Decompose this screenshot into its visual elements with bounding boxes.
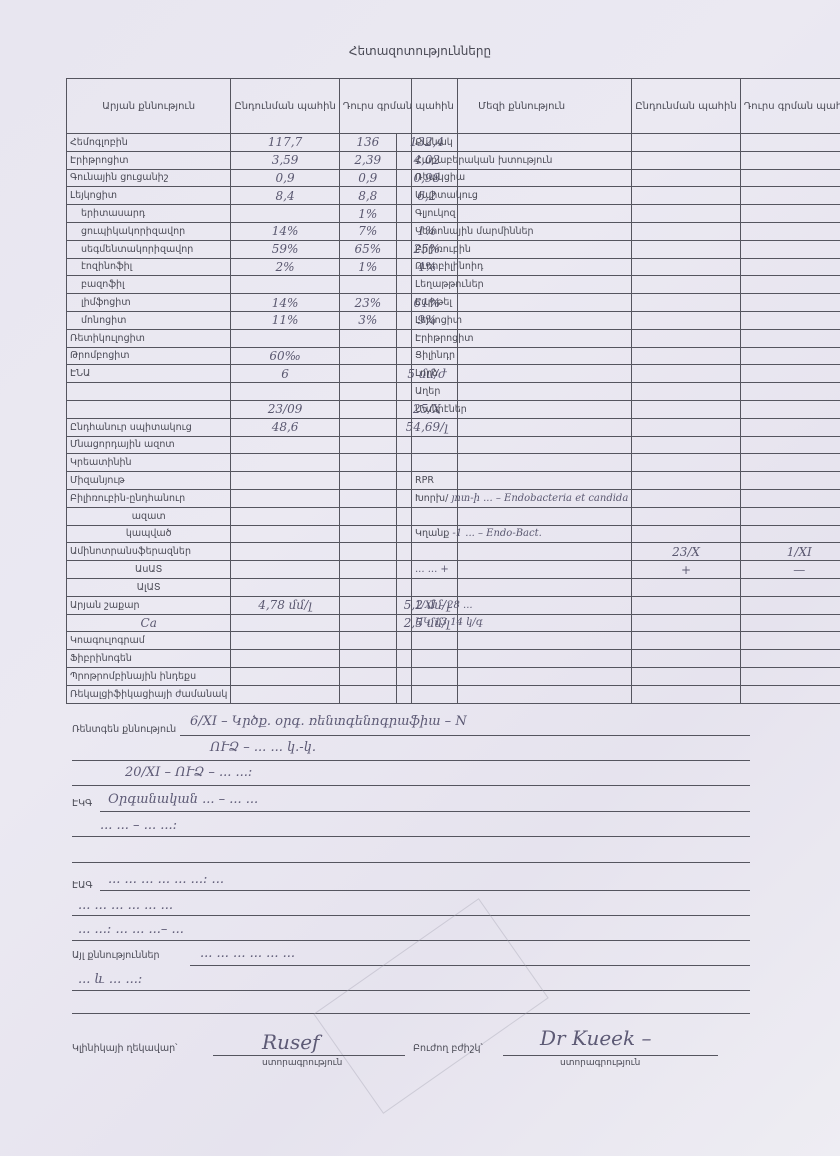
table-row: ԱսԱՏ <box>67 561 458 579</box>
table-row: Լորձ <box>412 365 840 383</box>
test-name: սեգմենտակորիզավոր <box>67 240 231 258</box>
discharge-value-1 <box>339 418 396 436</box>
discharge-value-1 <box>339 525 396 543</box>
attending-doctor-signature: Dr Kueek – <box>540 1026 651 1050</box>
discharge-value <box>740 365 840 383</box>
test-name: Մանրէներ <box>412 400 632 418</box>
test-label: RPR <box>415 475 434 486</box>
test-label: Ցիլինդր <box>415 350 455 361</box>
discharge-value <box>740 400 840 418</box>
table-row: կապված <box>67 525 458 543</box>
test-name: էոզինոֆիլ <box>67 258 231 276</box>
discharge-value-1: 136 <box>339 134 396 152</box>
test-name: Կետոնային մարմիններ <box>412 222 632 240</box>
table-row: Էրիթրոցիտ3,592,394,02 <box>67 151 458 169</box>
test-label: Բիլիռուբին <box>415 244 471 255</box>
discharge-value-1 <box>339 400 396 418</box>
table-row: Աղեր <box>412 383 840 401</box>
eeg-line: ... ... ... ... ... ...: ... <box>108 872 224 887</box>
test-name: Ընդհանուր սպիտակուց <box>67 418 231 436</box>
discharge-value <box>740 418 840 436</box>
admission-value <box>632 276 740 294</box>
table-row: Հարաբերական խտություն <box>412 151 840 169</box>
table-row: ազատ <box>67 507 458 525</box>
discharge-value-1 <box>339 436 396 454</box>
test-name <box>412 685 632 703</box>
admission-value: 3,59 <box>231 151 339 169</box>
eeg-label: ԷԱԳ <box>72 880 93 891</box>
admission-value <box>632 258 740 276</box>
admission-value: 2% <box>231 258 339 276</box>
other-tests-label: Այլ քննություններ <box>72 950 160 961</box>
test-label: Աղեր <box>415 386 440 397</box>
admission-value: + <box>632 561 740 579</box>
test-label: Էպիթել <box>415 297 452 308</box>
discharge-value <box>740 383 840 401</box>
admission-value: 23/X <box>632 543 740 561</box>
xray-line: ՈՒՁ – ... ... կ.-կ. <box>210 740 316 755</box>
table-row: սեգմենտակորիզավոր59%65%25% <box>67 240 458 258</box>
test-name: Խորխ/ յոտ-ի ... – Endobacteria et candid… <box>412 489 632 507</box>
table-row: Միզանյութ <box>67 472 458 490</box>
test-name <box>412 667 632 685</box>
table-row: Էպիթել <box>412 294 840 312</box>
discharge-value-1 <box>339 561 396 579</box>
test-name: Բիլիռուբին <box>412 240 632 258</box>
discharge-value-1 <box>339 614 396 632</box>
discharge-value <box>740 169 840 187</box>
admission-value <box>632 400 740 418</box>
discharge-value-1 <box>339 489 396 507</box>
discharge-value <box>740 240 840 258</box>
handwritten-note: 1/XI – 28 ... <box>415 600 473 611</box>
table-row: ... ... ++— <box>412 561 840 579</box>
test-name <box>412 436 632 454</box>
test-label: Կետոնային մարմիններ <box>415 226 534 237</box>
discharge-value <box>740 667 840 685</box>
admission-value <box>632 614 740 632</box>
admission-value <box>632 151 740 169</box>
discharge-value <box>740 205 840 223</box>
table-row: Գլյուկոզ <box>412 205 840 223</box>
table-row: Պրոթրոմբինային ինդեքս <box>67 667 458 685</box>
test-name: Քանակ <box>412 134 632 152</box>
discharge-value <box>740 525 840 543</box>
test-name: Հարաբերական խտություն <box>412 151 632 169</box>
discharge-value <box>740 596 840 614</box>
admission-value <box>632 383 740 401</box>
discharge-value-1: 1% <box>339 258 396 276</box>
table-row: Գունային ցուցանիշ0,90,90,98 <box>67 169 458 187</box>
admission-value <box>231 276 339 294</box>
test-name: Ֆիբրինոգեն <box>67 650 231 668</box>
admission-value: 117,7 <box>231 134 339 152</box>
clinic-head-label: Կլինիկայի ղեկավար՝ <box>72 1043 177 1054</box>
test-name: Ռետիկուլոցիտ <box>67 329 231 347</box>
test-label: Կղանք <box>415 528 449 539</box>
admission-value <box>632 365 740 383</box>
discharge-value-1 <box>339 507 396 525</box>
test-name: մոնոցիտ <box>67 311 231 329</box>
eeg-line: ... ...: ... ... ...– ... <box>78 922 184 937</box>
table-row <box>412 436 840 454</box>
test-name: լիմֆոցիտ <box>67 294 231 312</box>
test-name: կապված <box>67 525 231 543</box>
test-name <box>412 632 632 650</box>
blood-test-table: Արյան քննություն Ընդունման պահին Դուրս գ… <box>66 78 458 704</box>
table-row: Ցիլինդր <box>412 347 840 365</box>
table-row <box>412 454 840 472</box>
admission-value: 23/09 <box>231 400 339 418</box>
test-name: Հեմոգլոբին <box>67 134 231 152</box>
handwritten-note: ... ... + <box>415 564 449 575</box>
ecg-line: ... ... – ... ...: <box>100 818 177 833</box>
table-row: Մանրէներ <box>412 400 840 418</box>
admission-value <box>632 329 740 347</box>
table-row: Թրոմբոցիտ60‰ <box>67 347 458 365</box>
test-name: Ցիլինդր <box>412 347 632 365</box>
admission-value <box>632 454 740 472</box>
test-name: Թրոմբոցիտ <box>67 347 231 365</box>
table-row: Ca2,5 մմ/լ <box>67 614 458 632</box>
test-label: Լեղաթթուներ <box>415 279 484 290</box>
admission-value <box>632 685 740 703</box>
discharge-value-1 <box>339 650 396 668</box>
test-name: Կրեատինին <box>67 454 231 472</box>
signature-caption: ստորագրություն <box>262 1058 342 1068</box>
admission-value <box>231 507 339 525</box>
discharge-value: — <box>740 561 840 579</box>
table-row: երիտասարդ1% <box>67 205 458 223</box>
admission-value <box>231 436 339 454</box>
table-row: ԷՆԱ65 մմ/ժ <box>67 365 458 383</box>
table-row: Բիլիռուբին <box>412 240 840 258</box>
test-name: Ռեակցիա <box>412 169 632 187</box>
discharge-value <box>740 294 840 312</box>
test-name <box>412 418 632 436</box>
discharge-value-1: 7% <box>339 222 396 240</box>
test-label: Գլյուկոզ <box>415 208 456 219</box>
table-row: Կղանք -1 ... – Endo-Bact. <box>412 525 840 543</box>
test-name: Սպիտակուց <box>412 187 632 205</box>
admission-value <box>231 383 339 401</box>
urine-discharge-header: Դուրս գրման պահին <box>740 79 840 134</box>
discharge-value <box>740 329 840 347</box>
xray-line: 6/XI – Կրծք. օրգ. ռենտգենոգրաֆիա – N <box>190 714 467 729</box>
test-name: Ռեկալցիֆիկացիայի ժամանակ <box>67 685 231 703</box>
test-name: ... ... + <box>412 561 632 579</box>
admission-value <box>231 578 339 596</box>
discharge-value <box>740 134 840 152</box>
table-row: բազոֆիլ <box>67 276 458 294</box>
admission-value: 8,4 <box>231 187 339 205</box>
test-name: Էպիթել <box>412 294 632 312</box>
discharge-value-1 <box>339 454 396 472</box>
table-row: Ռեակցիա <box>412 169 840 187</box>
table-row: Ռետիկուլոցիտ <box>67 329 458 347</box>
admission-value <box>231 667 339 685</box>
test-label: Սպիտակուց <box>415 190 478 201</box>
admission-value <box>632 347 740 365</box>
test-name: Էրիթրոցիտ <box>67 151 231 169</box>
table-row: Կրեատինին <box>67 454 458 472</box>
test-name <box>67 400 231 418</box>
admission-value <box>632 632 740 650</box>
test-name: Ca <box>67 614 231 632</box>
table-row: Կետոնային մարմիններ <box>412 222 840 240</box>
test-name: Մնացորդային ազոտ <box>67 436 231 454</box>
test-name: երիտասարդ <box>67 205 231 223</box>
test-name: Ամինոտրանսֆերազներ <box>67 543 231 561</box>
signature-caption: ստորագրություն <box>560 1058 640 1068</box>
discharge-value-1 <box>339 365 396 383</box>
xray-label: Ռենտգեն քննություն <box>72 724 176 735</box>
test-name: Էրիթրոցիտ <box>412 329 632 347</box>
discharge-value <box>740 151 840 169</box>
test-name: Ուռոբիլինոիդ <box>412 258 632 276</box>
discharge-value <box>740 311 840 329</box>
table-row: Լեյկոցիտ8,48,86,2 <box>67 187 458 205</box>
discharge-value-1 <box>339 632 396 650</box>
admission-value <box>231 561 339 579</box>
discharge-value-1 <box>339 383 396 401</box>
test-name: Լեյկոցիտ <box>412 311 632 329</box>
attending-doctor-label: Բուժող բժիշկ՝ <box>413 1043 483 1054</box>
table-row <box>412 632 840 650</box>
test-label: Ռեակցիա <box>415 172 465 183</box>
eeg-line: ... ... ... ... ... ... <box>78 898 173 913</box>
test-label: Լորձ <box>415 368 438 379</box>
table-row: Ուռոբիլինոիդ <box>412 258 840 276</box>
test-name: Լեղաթթուներ <box>412 276 632 294</box>
discharge-value <box>740 347 840 365</box>
test-name: ԱԿ 13 14 կ/գ <box>412 614 632 632</box>
admission-value <box>231 632 339 650</box>
discharge-value-1 <box>339 578 396 596</box>
table-row: Բիլիռուբին-ընդհանուր <box>67 489 458 507</box>
discharge-value-1 <box>339 276 396 294</box>
test-name: ԷՆԱ <box>67 365 231 383</box>
discharge-value-1 <box>339 347 396 365</box>
discharge-value <box>740 258 840 276</box>
admission-value <box>231 472 339 490</box>
table-row: ցուպիկակորիզավոր14%7%1% <box>67 222 458 240</box>
test-name <box>67 383 231 401</box>
admission-value <box>231 614 339 632</box>
test-name: Պրոթրոմբինային ինդեքս <box>67 667 231 685</box>
handwritten-note: յոտ-ի ... – Endobacteria et candida <box>451 493 628 504</box>
table-row: 23/X1/XI <box>412 543 840 561</box>
admission-value <box>231 489 339 507</box>
test-name: ԱլԱՏ <box>67 578 231 596</box>
admission-value <box>632 578 740 596</box>
test-name <box>412 507 632 525</box>
test-name: Կղանք -1 ... – Endo-Bact. <box>412 525 632 543</box>
discharge-value-1 <box>339 685 396 703</box>
admission-value <box>632 169 740 187</box>
admission-value <box>231 329 339 347</box>
admission-value: 60‰ <box>231 347 339 365</box>
table-row: RPR <box>412 472 840 490</box>
admission-value <box>632 222 740 240</box>
admission-value: 48,6 <box>231 418 339 436</box>
admission-value: 4,78 մմ/լ <box>231 596 339 614</box>
discharge-value-1: 0,9 <box>339 169 396 187</box>
admission-value <box>632 489 740 507</box>
discharge-value <box>740 632 840 650</box>
test-name <box>412 650 632 668</box>
admission-value: 14% <box>231 294 339 312</box>
discharge-value-1: 23% <box>339 294 396 312</box>
page-title: Հետազոտությունները <box>0 44 840 58</box>
test-name: Բիլիռուբին-ընդհանուր <box>67 489 231 507</box>
discharge-value-1 <box>339 543 396 561</box>
table-row: Ընդհանուր սպիտակուց48,654,69/լ <box>67 418 458 436</box>
admission-header: Ընդունման պահին <box>231 79 339 134</box>
discharge-value-1: 1% <box>339 205 396 223</box>
table-row <box>412 578 840 596</box>
discharge-value-1: 2,39 <box>339 151 396 169</box>
blood-test-header: Արյան քննություն <box>67 79 231 134</box>
discharge-value: 1/XI <box>740 543 840 561</box>
urine-test-table: Մեզի քննություն Ընդունման պահին Դուրս գր… <box>411 78 840 704</box>
admission-value <box>632 525 740 543</box>
table-row <box>412 667 840 685</box>
admission-value: 11% <box>231 311 339 329</box>
discharge-value <box>740 222 840 240</box>
table-row: Հեմոգլոբին117,7136132,4 <box>67 134 458 152</box>
admission-value <box>632 418 740 436</box>
table-row <box>67 383 458 401</box>
urine-admission-header: Ընդունման պահին <box>632 79 740 134</box>
other-line: ... ... ... ... ... ... <box>200 946 295 961</box>
discharge-value-1: 3% <box>339 311 396 329</box>
test-name <box>412 578 632 596</box>
discharge-value <box>740 472 840 490</box>
table-row <box>412 685 840 703</box>
admission-value <box>632 187 740 205</box>
admission-value <box>632 240 740 258</box>
discharge-value <box>740 187 840 205</box>
table-row: Մնացորդային ազոտ <box>67 436 458 454</box>
test-label: Քանակ <box>415 137 453 148</box>
handwritten-note: -1 ... – Endo-Bact. <box>452 528 541 539</box>
admission-value <box>231 525 339 543</box>
test-name <box>412 543 632 561</box>
table-row: Ամինոտրանսֆերազներ <box>67 543 458 561</box>
table-row: Լեյկոցիտ <box>412 311 840 329</box>
test-label: Էրիթրոցիտ <box>415 333 473 344</box>
admission-value <box>632 667 740 685</box>
table-row: Քանակ <box>412 134 840 152</box>
discharge-value <box>740 650 840 668</box>
table-row: ԱԿ 13 14 կ/գ <box>412 614 840 632</box>
test-name: RPR <box>412 472 632 490</box>
test-name: ԱսԱՏ <box>67 561 231 579</box>
admission-value <box>632 596 740 614</box>
admission-value <box>632 507 740 525</box>
table-row: Ֆիբրինոգեն <box>67 650 458 668</box>
admission-value: 0,9 <box>231 169 339 187</box>
discharge-value-1: 65% <box>339 240 396 258</box>
admission-value: 14% <box>231 222 339 240</box>
admission-value <box>632 294 740 312</box>
test-name: Կոագուլոգրամ <box>67 632 231 650</box>
discharge-value <box>740 614 840 632</box>
admission-value <box>632 472 740 490</box>
table-row <box>412 507 840 525</box>
admission-value: 59% <box>231 240 339 258</box>
table-row: Լեղաթթուներ <box>412 276 840 294</box>
table-row: էոզինոֆիլ2%1%4% <box>67 258 458 276</box>
table-row: 1/XI – 28 ... <box>412 596 840 614</box>
table-row: Կոագուլոգրամ <box>67 632 458 650</box>
discharge-value <box>740 578 840 596</box>
discharge-value-1: 8,8 <box>339 187 396 205</box>
admission-value: 6 <box>231 365 339 383</box>
table-row <box>412 418 840 436</box>
admission-value <box>632 436 740 454</box>
test-name: Գլյուկոզ <box>412 205 632 223</box>
admission-value <box>231 543 339 561</box>
discharge-value <box>740 276 840 294</box>
table-row: ԱլԱՏ <box>67 578 458 596</box>
urine-test-header: Մեզի քննություն <box>412 79 632 134</box>
admission-value <box>231 685 339 703</box>
discharge-value-1 <box>339 667 396 685</box>
test-name <box>412 454 632 472</box>
test-name: Աղեր <box>412 383 632 401</box>
admission-value <box>632 650 740 668</box>
admission-value <box>231 205 339 223</box>
discharge-value-1 <box>339 472 396 490</box>
ecg-label: ԷԿԳ <box>72 798 92 809</box>
table-row: Խորխ/ յոտ-ի ... – Endobacteria et candid… <box>412 489 840 507</box>
test-name: ցուպիկակորիզավոր <box>67 222 231 240</box>
test-name: Միզանյութ <box>67 472 231 490</box>
table-row <box>412 650 840 668</box>
discharge-value <box>740 489 840 507</box>
stamp <box>313 898 548 1114</box>
admission-value <box>632 134 740 152</box>
handwritten-note: ԱԿ 13 14 կ/գ <box>415 617 483 628</box>
table-row: Էրիթրոցիտ <box>412 329 840 347</box>
discharge-value-1 <box>339 596 396 614</box>
xray-line: 20/XI – ՈՒՁ – ... ...: <box>125 765 252 780</box>
test-name: Լեյկոցիտ <box>67 187 231 205</box>
test-name: Լորձ <box>412 365 632 383</box>
test-label: Մանրէներ <box>415 404 467 415</box>
test-name: բազոֆիլ <box>67 276 231 294</box>
table-row: լիմֆոցիտ14%23%61% <box>67 294 458 312</box>
ecg-line: Օրգանական ... – ... ... <box>108 792 258 807</box>
table-row: Սպիտակուց <box>412 187 840 205</box>
discharge-value <box>740 436 840 454</box>
clinic-head-signature: Rusef <box>262 1030 319 1054</box>
test-name: ազատ <box>67 507 231 525</box>
table-row: Ռեկալցիֆիկացիայի ժամանակ <box>67 685 458 703</box>
test-label: Խորխ/ <box>415 493 448 504</box>
other-line: ... և ... ...: <box>78 972 142 987</box>
test-label: Լեյկոցիտ <box>415 315 462 326</box>
table-row: մոնոցիտ11%3%9% <box>67 311 458 329</box>
test-label: Հարաբերական խտություն <box>415 155 552 166</box>
admission-value <box>231 454 339 472</box>
discharge-value <box>740 685 840 703</box>
table-row: 23/0925/X <box>67 400 458 418</box>
test-name: Գունային ցուցանիշ <box>67 169 231 187</box>
discharge-value-1 <box>339 329 396 347</box>
